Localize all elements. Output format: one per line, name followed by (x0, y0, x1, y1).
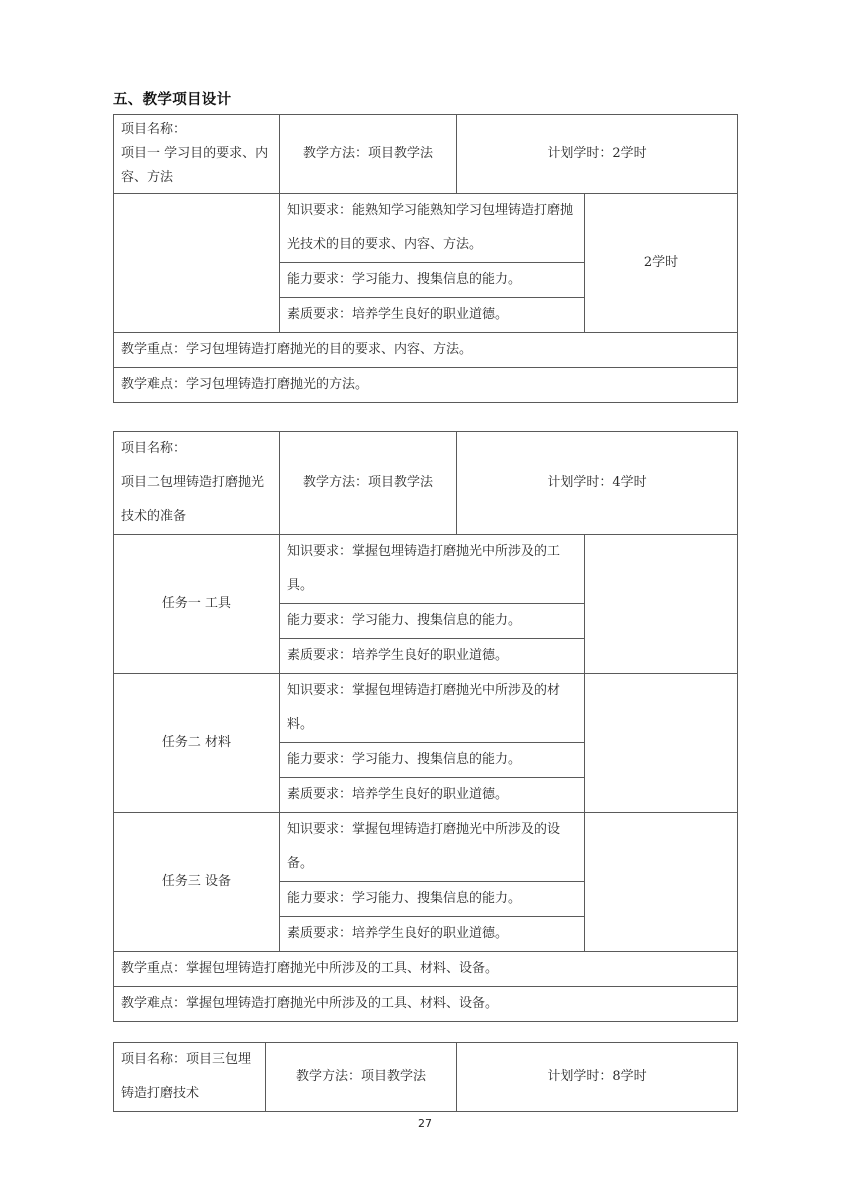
quality-requirement: 素质要求：培养学生良好的职业道德。 (280, 917, 585, 952)
key-points: 教学重点：学习包埋铸造打磨抛光的目的要求、内容、方法。 (114, 333, 738, 368)
project-name: 项目二包埋铸造打磨抛光技术的准备 (121, 466, 272, 534)
project-name: 项目名称：项目三包埋铸造打磨技术 (121, 1043, 258, 1111)
task-hours (585, 674, 738, 813)
task-row: 任务一 工具 知识要求：掌握包埋铸造打磨抛光中所涉及的工具。 (114, 535, 738, 604)
difficulties: 教学难点：掌握包埋铸造打磨抛光中所涉及的工具、材料、设备。 (114, 987, 738, 1022)
planned-hours: 计划学时：8学时 (457, 1043, 738, 1112)
task-name: 任务三 设备 (114, 813, 280, 952)
teaching-method: 教学方法：项目教学法 (280, 432, 457, 535)
knowledge-requirement: 知识要求：掌握包埋铸造打磨抛光中所涉及的工具。 (280, 535, 585, 604)
quality-requirement: 素质要求：培养学生良好的职业道德。 (280, 639, 585, 674)
project-2-table: 项目名称： 项目二包埋铸造打磨抛光技术的准备 教学方法：项目教学法 计划学时：4… (113, 431, 738, 1022)
project-name-cell: 项目名称：项目三包埋铸造打磨技术 (114, 1043, 266, 1112)
ability-requirement: 能力要求：学习能力、搜集信息的能力。 (280, 604, 585, 639)
ability-requirement: 能力要求：学习能力、搜集信息的能力。 (280, 743, 585, 778)
key-points-row: 教学重点：学习包埋铸造打磨抛光的目的要求、内容、方法。 (114, 333, 738, 368)
task-name: 任务一 工具 (114, 535, 280, 674)
project-name-cell: 项目名称： 项目一 学习目的要求、内容、方法 (114, 115, 280, 194)
project-header-row: 项目名称：项目三包埋铸造打磨技术 教学方法：项目教学法 计划学时：8学时 (114, 1043, 738, 1112)
task-name: 任务二 材料 (114, 674, 280, 813)
project-name-cell: 项目名称： 项目二包埋铸造打磨抛光技术的准备 (114, 432, 280, 535)
project-header-row: 项目名称： 项目二包埋铸造打磨抛光技术的准备 教学方法：项目教学法 计划学时：4… (114, 432, 738, 535)
ability-requirement: 能力要求：学习能力、搜集信息的能力。 (280, 263, 585, 298)
teaching-method: 教学方法：项目教学法 (266, 1043, 457, 1112)
page-number: 27 (0, 1117, 850, 1130)
task-row: 知识要求：能熟知学习能熟知学习包埋铸造打磨抛光技术的目的要求、内容、方法。 2学… (114, 194, 738, 263)
project-name-label: 项目名称： (121, 432, 272, 466)
difficulties: 教学难点：学习包埋铸造打磨抛光的方法。 (114, 368, 738, 403)
quality-requirement: 素质要求：培养学生良好的职业道德。 (280, 298, 585, 333)
task-hours: 2学时 (585, 194, 738, 333)
key-points: 教学重点：掌握包埋铸造打磨抛光中所涉及的工具、材料、设备。 (114, 952, 738, 987)
knowledge-requirement: 知识要求：能熟知学习能熟知学习包埋铸造打磨抛光技术的目的要求、内容、方法。 (280, 194, 585, 263)
ability-requirement: 能力要求：学习能力、搜集信息的能力。 (280, 882, 585, 917)
teaching-method: 教学方法：项目教学法 (280, 115, 457, 194)
knowledge-requirement: 知识要求：掌握包埋铸造打磨抛光中所涉及的设备。 (280, 813, 585, 882)
knowledge-requirement: 知识要求：掌握包埋铸造打磨抛光中所涉及的材料。 (280, 674, 585, 743)
task-hours (585, 813, 738, 952)
project-name-label: 项目名称： (121, 118, 272, 142)
project-3-table: 项目名称：项目三包埋铸造打磨技术 教学方法：项目教学法 计划学时：8学时 (113, 1042, 738, 1112)
project-name: 项目一 学习目的要求、内容、方法 (121, 142, 272, 190)
task-name (114, 194, 280, 333)
task-hours (585, 535, 738, 674)
key-points-row: 教学重点：掌握包埋铸造打磨抛光中所涉及的工具、材料、设备。 (114, 952, 738, 987)
task-row: 任务二 材料 知识要求：掌握包埋铸造打磨抛光中所涉及的材料。 (114, 674, 738, 743)
difficulties-row: 教学难点：学习包埋铸造打磨抛光的方法。 (114, 368, 738, 403)
section-title: 五、教学项目设计 (113, 88, 231, 109)
difficulties-row: 教学难点：掌握包埋铸造打磨抛光中所涉及的工具、材料、设备。 (114, 987, 738, 1022)
project-header-row: 项目名称： 项目一 学习目的要求、内容、方法 教学方法：项目教学法 计划学时：2… (114, 115, 738, 194)
planned-hours: 计划学时：2学时 (457, 115, 738, 194)
quality-requirement: 素质要求：培养学生良好的职业道德。 (280, 778, 585, 813)
planned-hours: 计划学时：4学时 (457, 432, 738, 535)
task-row: 任务三 设备 知识要求：掌握包埋铸造打磨抛光中所涉及的设备。 (114, 813, 738, 882)
project-1-table: 项目名称： 项目一 学习目的要求、内容、方法 教学方法：项目教学法 计划学时：2… (113, 114, 738, 403)
